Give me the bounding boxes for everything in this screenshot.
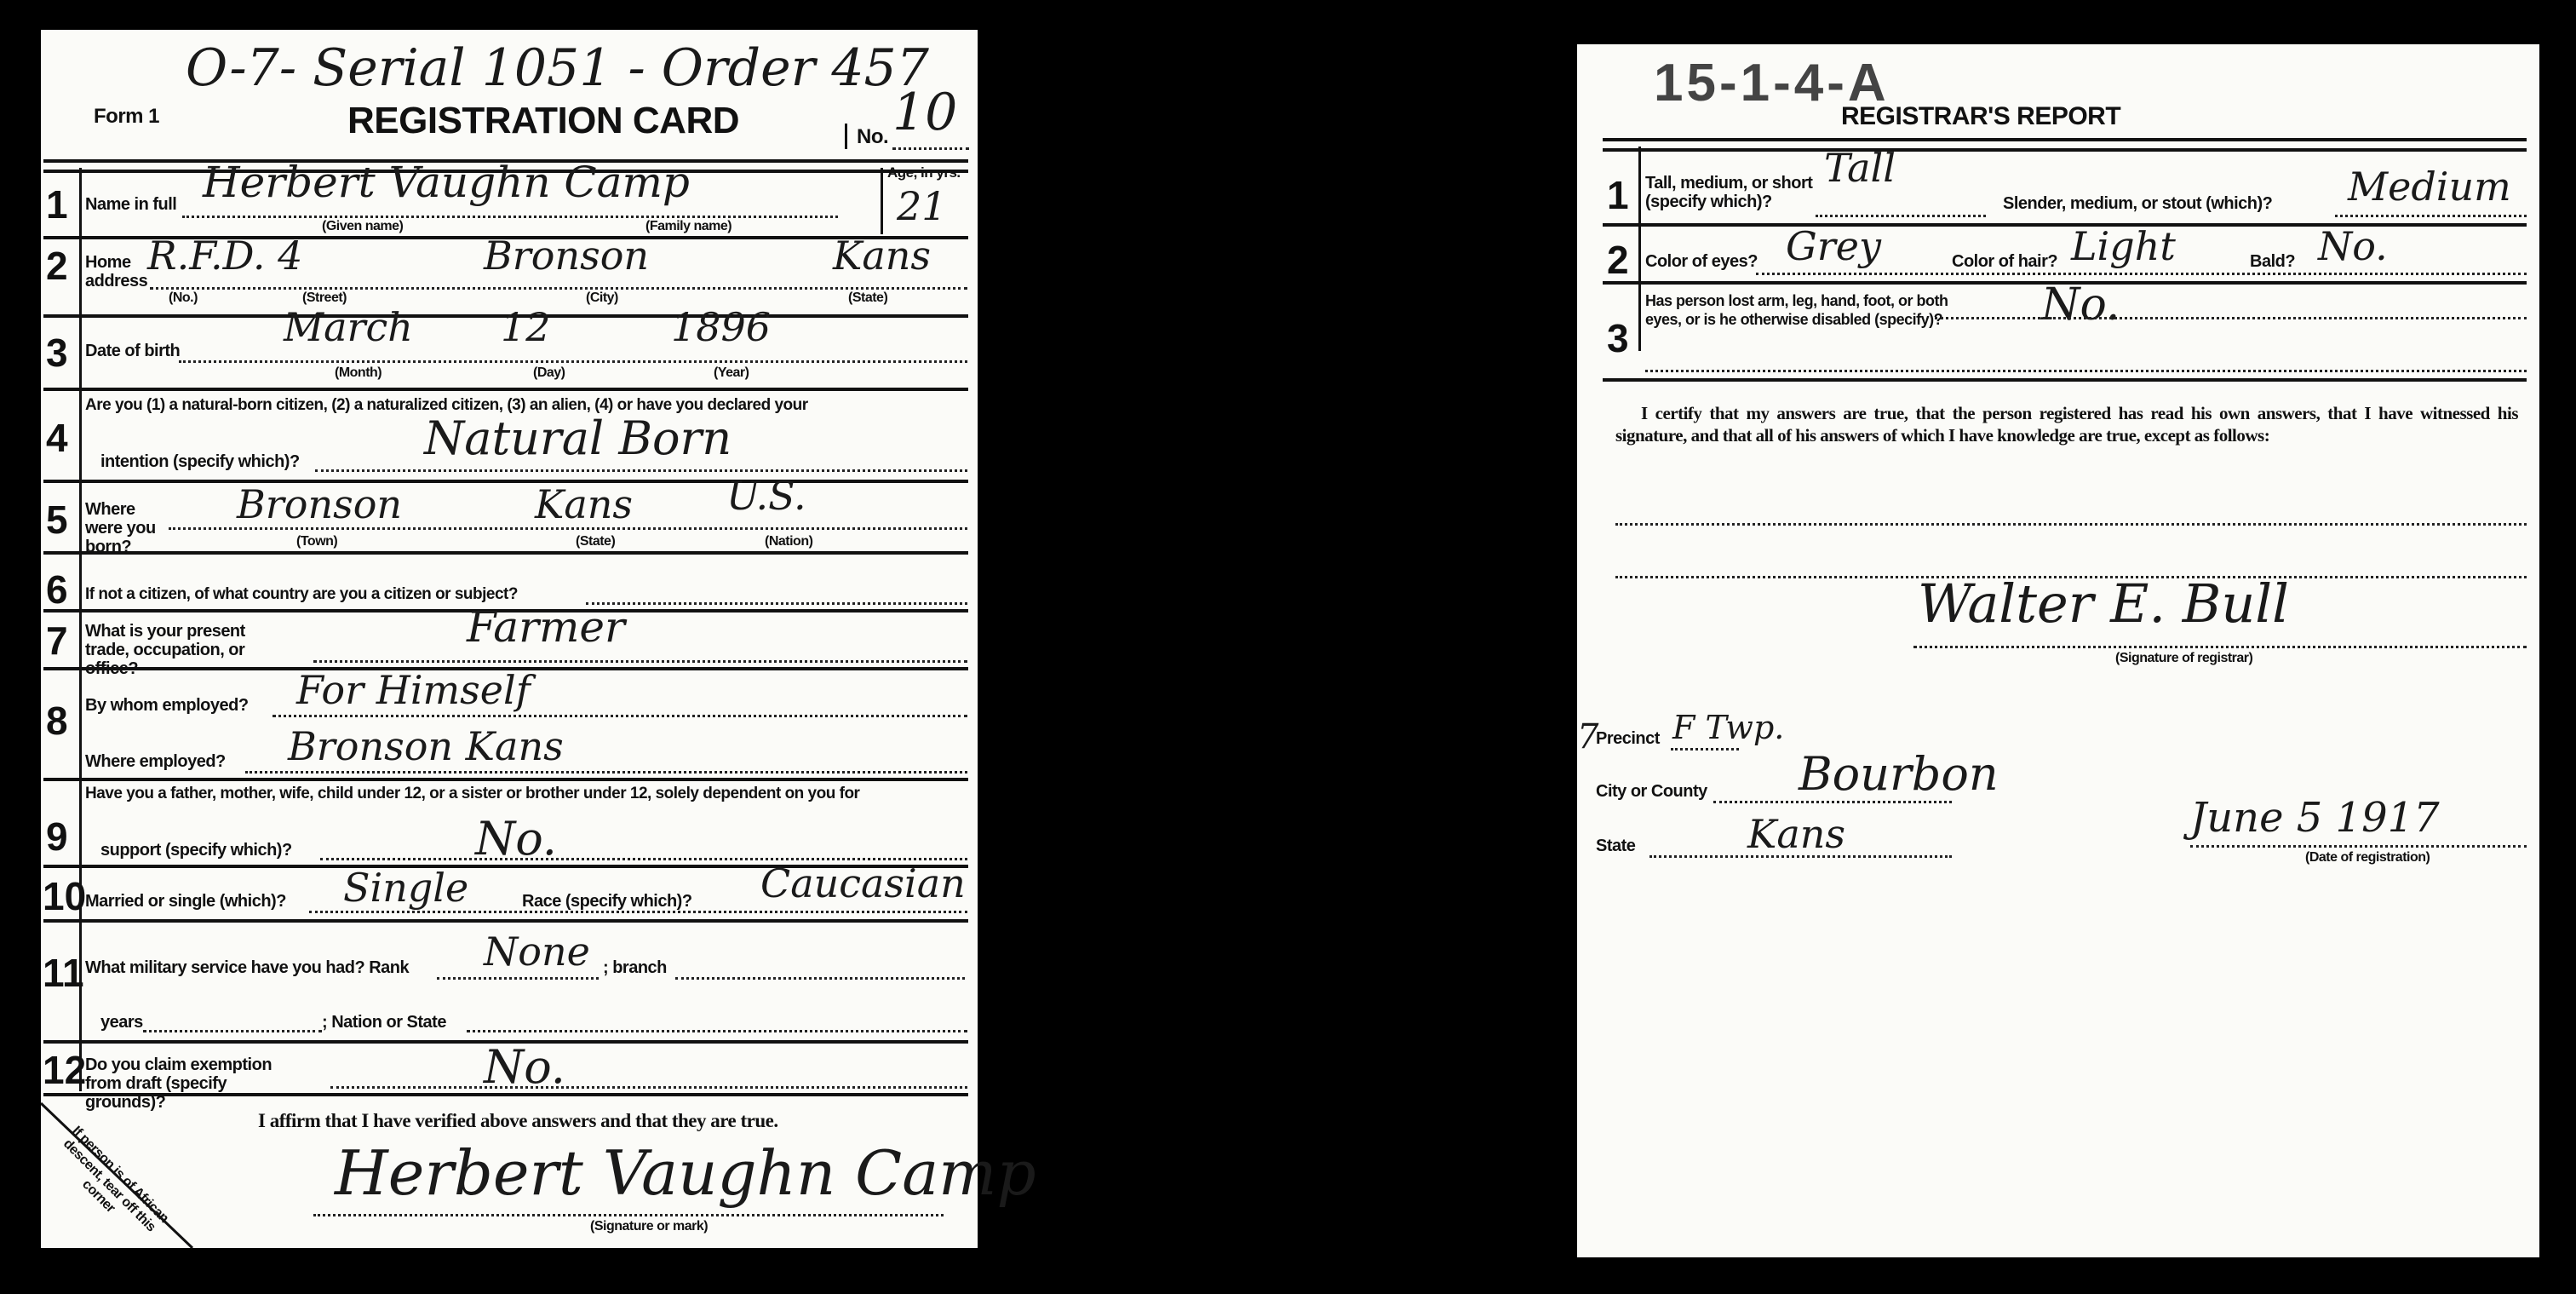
card-number-label: No. [857, 125, 888, 149]
certification-text: I certify that my answers are true, that… [1615, 402, 2518, 446]
county-value: Bourbon [1799, 747, 1999, 801]
occupation-value: Farmer [467, 602, 625, 652]
age-value: 21 [897, 183, 947, 229]
registrar-signature-label: (Signature of registrar) [2115, 651, 2252, 666]
hair-color-value: Light [2071, 223, 2176, 269]
disability-value: No. [2041, 279, 2120, 331]
precinct-label: Precinct [1596, 729, 1660, 749]
citizenship-value: Natural Born [424, 411, 731, 465]
employer-value: For Himself [296, 667, 531, 713]
signature-label: (Signature or mark) [590, 1219, 708, 1234]
birth-month-value: March [284, 304, 413, 350]
registration-date-value: June 5 1917 [2190, 794, 2440, 842]
state-label: State [1596, 837, 1635, 856]
card-title: REGISTRATION CARD [347, 100, 739, 142]
name-value: Herbert Vaughn Camp [203, 158, 690, 207]
build-value: Medium [2348, 164, 2511, 210]
registrant-signature: Herbert Vaughn Camp [335, 1137, 1036, 1209]
registration-date-label: (Date of registration) [2305, 850, 2430, 866]
birth-state-value: Kans [535, 481, 633, 527]
report-title: REGISTRAR'S REPORT [1841, 102, 2120, 131]
registrars-report-card: 15-1-4-A REGISTRAR'S REPORT 1 Tall, medi… [1577, 44, 2539, 1257]
race-value: Caucasian [760, 860, 966, 906]
county-label: City or County [1596, 782, 1707, 802]
name-label: Name in full [85, 195, 176, 215]
military-rank-value: None [484, 929, 590, 975]
height-value: Tall [1824, 145, 1896, 191]
eye-color-value: Grey [1786, 223, 1881, 269]
card-number-value: 10 [892, 83, 957, 142]
handwritten-serial-header: O-7- Serial 1051 - Order 457 [186, 38, 929, 98]
registration-card: Form 1 O-7- Serial 1051 - Order 457 REGI… [41, 30, 978, 1248]
state-value: Kans [1747, 811, 1845, 857]
employment-place-value: Bronson Kans [288, 723, 564, 769]
address-state-value: Kans [833, 233, 931, 279]
age-label: Age, in yrs. [887, 164, 961, 181]
precinct-value: F Twp. [1672, 709, 1784, 746]
affirmation-text: I affirm that I have verified above answ… [258, 1110, 778, 1132]
address-number-value: R.F.D. 4 [147, 233, 302, 279]
address-city-value: Bronson [484, 233, 649, 279]
marital-status-value: Single [343, 865, 468, 911]
bald-value: No. [2318, 223, 2388, 269]
birth-day-value: 12 [501, 304, 551, 350]
form-label: Form 1 [94, 105, 159, 129]
birth-nation-value: U.S. [726, 473, 806, 519]
birth-year-value: 1896 [671, 304, 771, 350]
registrar-signature: Walter E. Bull [1918, 572, 2289, 635]
birth-town-value: Bronson [237, 481, 402, 527]
